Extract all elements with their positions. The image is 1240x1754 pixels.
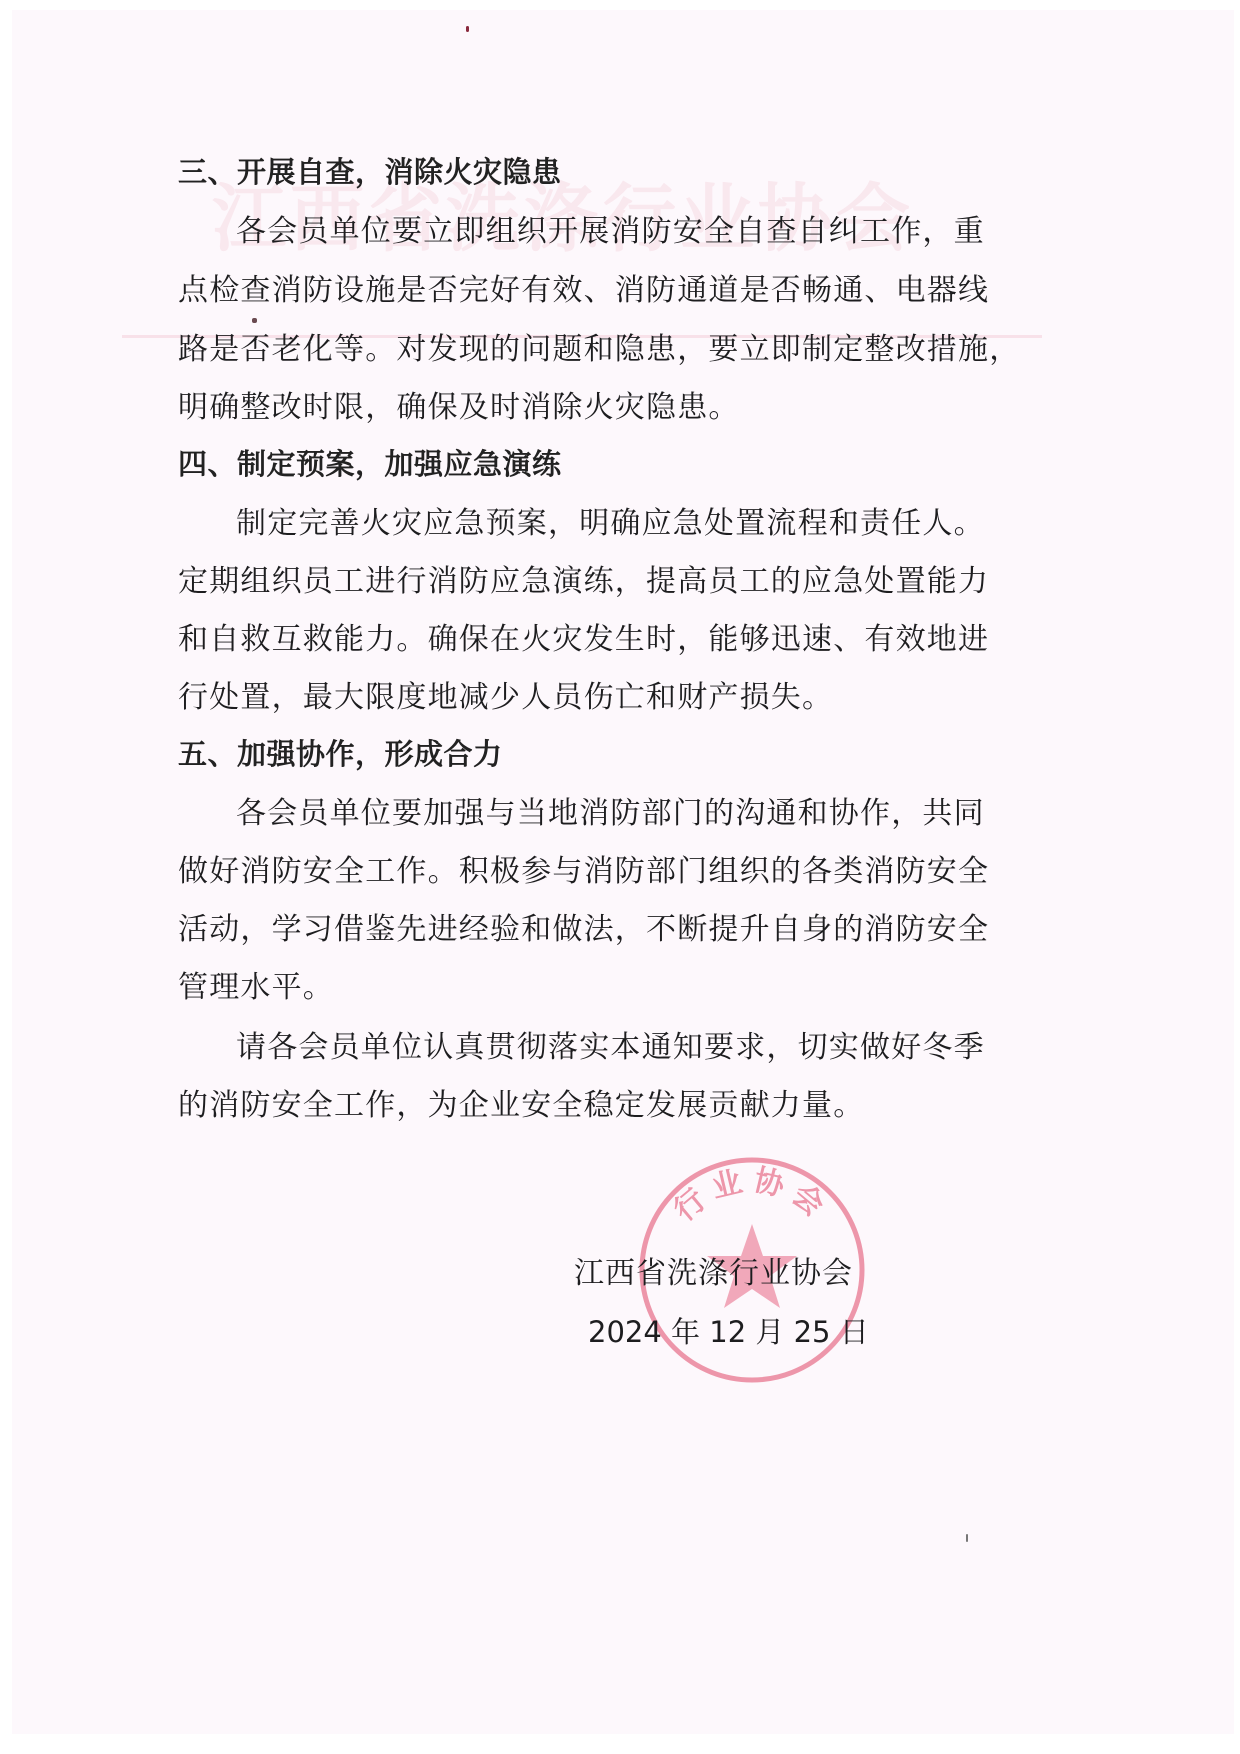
svg-text:行业协会: 行业协会 <box>668 1163 837 1229</box>
section-3-line-4: 明确整改时限，确保及时消除火灾隐患。 <box>178 382 740 426</box>
document-body: 三、开展自查，消除火灾隐患 各会员单位要立即组织开展消防安全自查自纠工作，重 点… <box>12 10 1234 1734</box>
section-3-line-3: 路是否老化等。对发现的问题和隐患，要立即制定整改措施， <box>178 324 1020 368</box>
section-3-line-1: 各会员单位要立即组织开展消防安全自查自纠工作，重 <box>236 206 985 250</box>
section-3-line-2: 点检查消防设施是否完好有效、消防通道是否畅通、电器线 <box>178 265 989 309</box>
section-4-line-4: 行处置，最大限度地减少人员伤亡和财产损失。 <box>178 672 833 716</box>
document-page: 江西省洗涤行业协会 三、开展自查，消除火灾隐患 各会员单位要立即组织开展消防安全… <box>12 10 1234 1734</box>
section-5-line-4: 管理水平。 <box>178 962 334 1006</box>
section-5-line-1: 各会员单位要加强与当地消防部门的沟通和协作，共同 <box>236 788 985 832</box>
section-5-line-3: 活动，学习借鉴先进经验和做法，不断提升自身的消防安全 <box>178 904 989 948</box>
section-heading-3: 三、开展自查，消除火灾隐患 <box>178 150 562 191</box>
closing-line-2: 的消防安全工作，为企业安全稳定发展贡献力量。 <box>178 1080 864 1124</box>
section-4-line-3: 和自救互救能力。确保在火灾发生时，能够迅速、有效地进 <box>178 614 989 658</box>
signature-date: 2024 年 12 月 25 日 <box>588 1310 869 1351</box>
section-5-line-2: 做好消防安全工作。积极参与消防部门组织的各类消防安全 <box>178 846 989 890</box>
section-4-line-2: 定期组织员工进行消防应急演练，提高员工的应急处置能力 <box>178 556 989 600</box>
signature-organization: 江西省洗涤行业协会 <box>574 1248 853 1292</box>
section-heading-5: 五、加强协作，形成合力 <box>178 732 503 773</box>
section-4-line-1: 制定完善火灾应急预案，明确应急处置流程和责任人。 <box>236 498 985 542</box>
seal-text: 行业协会 <box>668 1163 837 1229</box>
closing-line-1: 请各会员单位认真贯彻落实本通知要求，切实做好冬季 <box>236 1022 985 1066</box>
section-heading-4: 四、制定预案，加强应急演练 <box>178 442 562 483</box>
